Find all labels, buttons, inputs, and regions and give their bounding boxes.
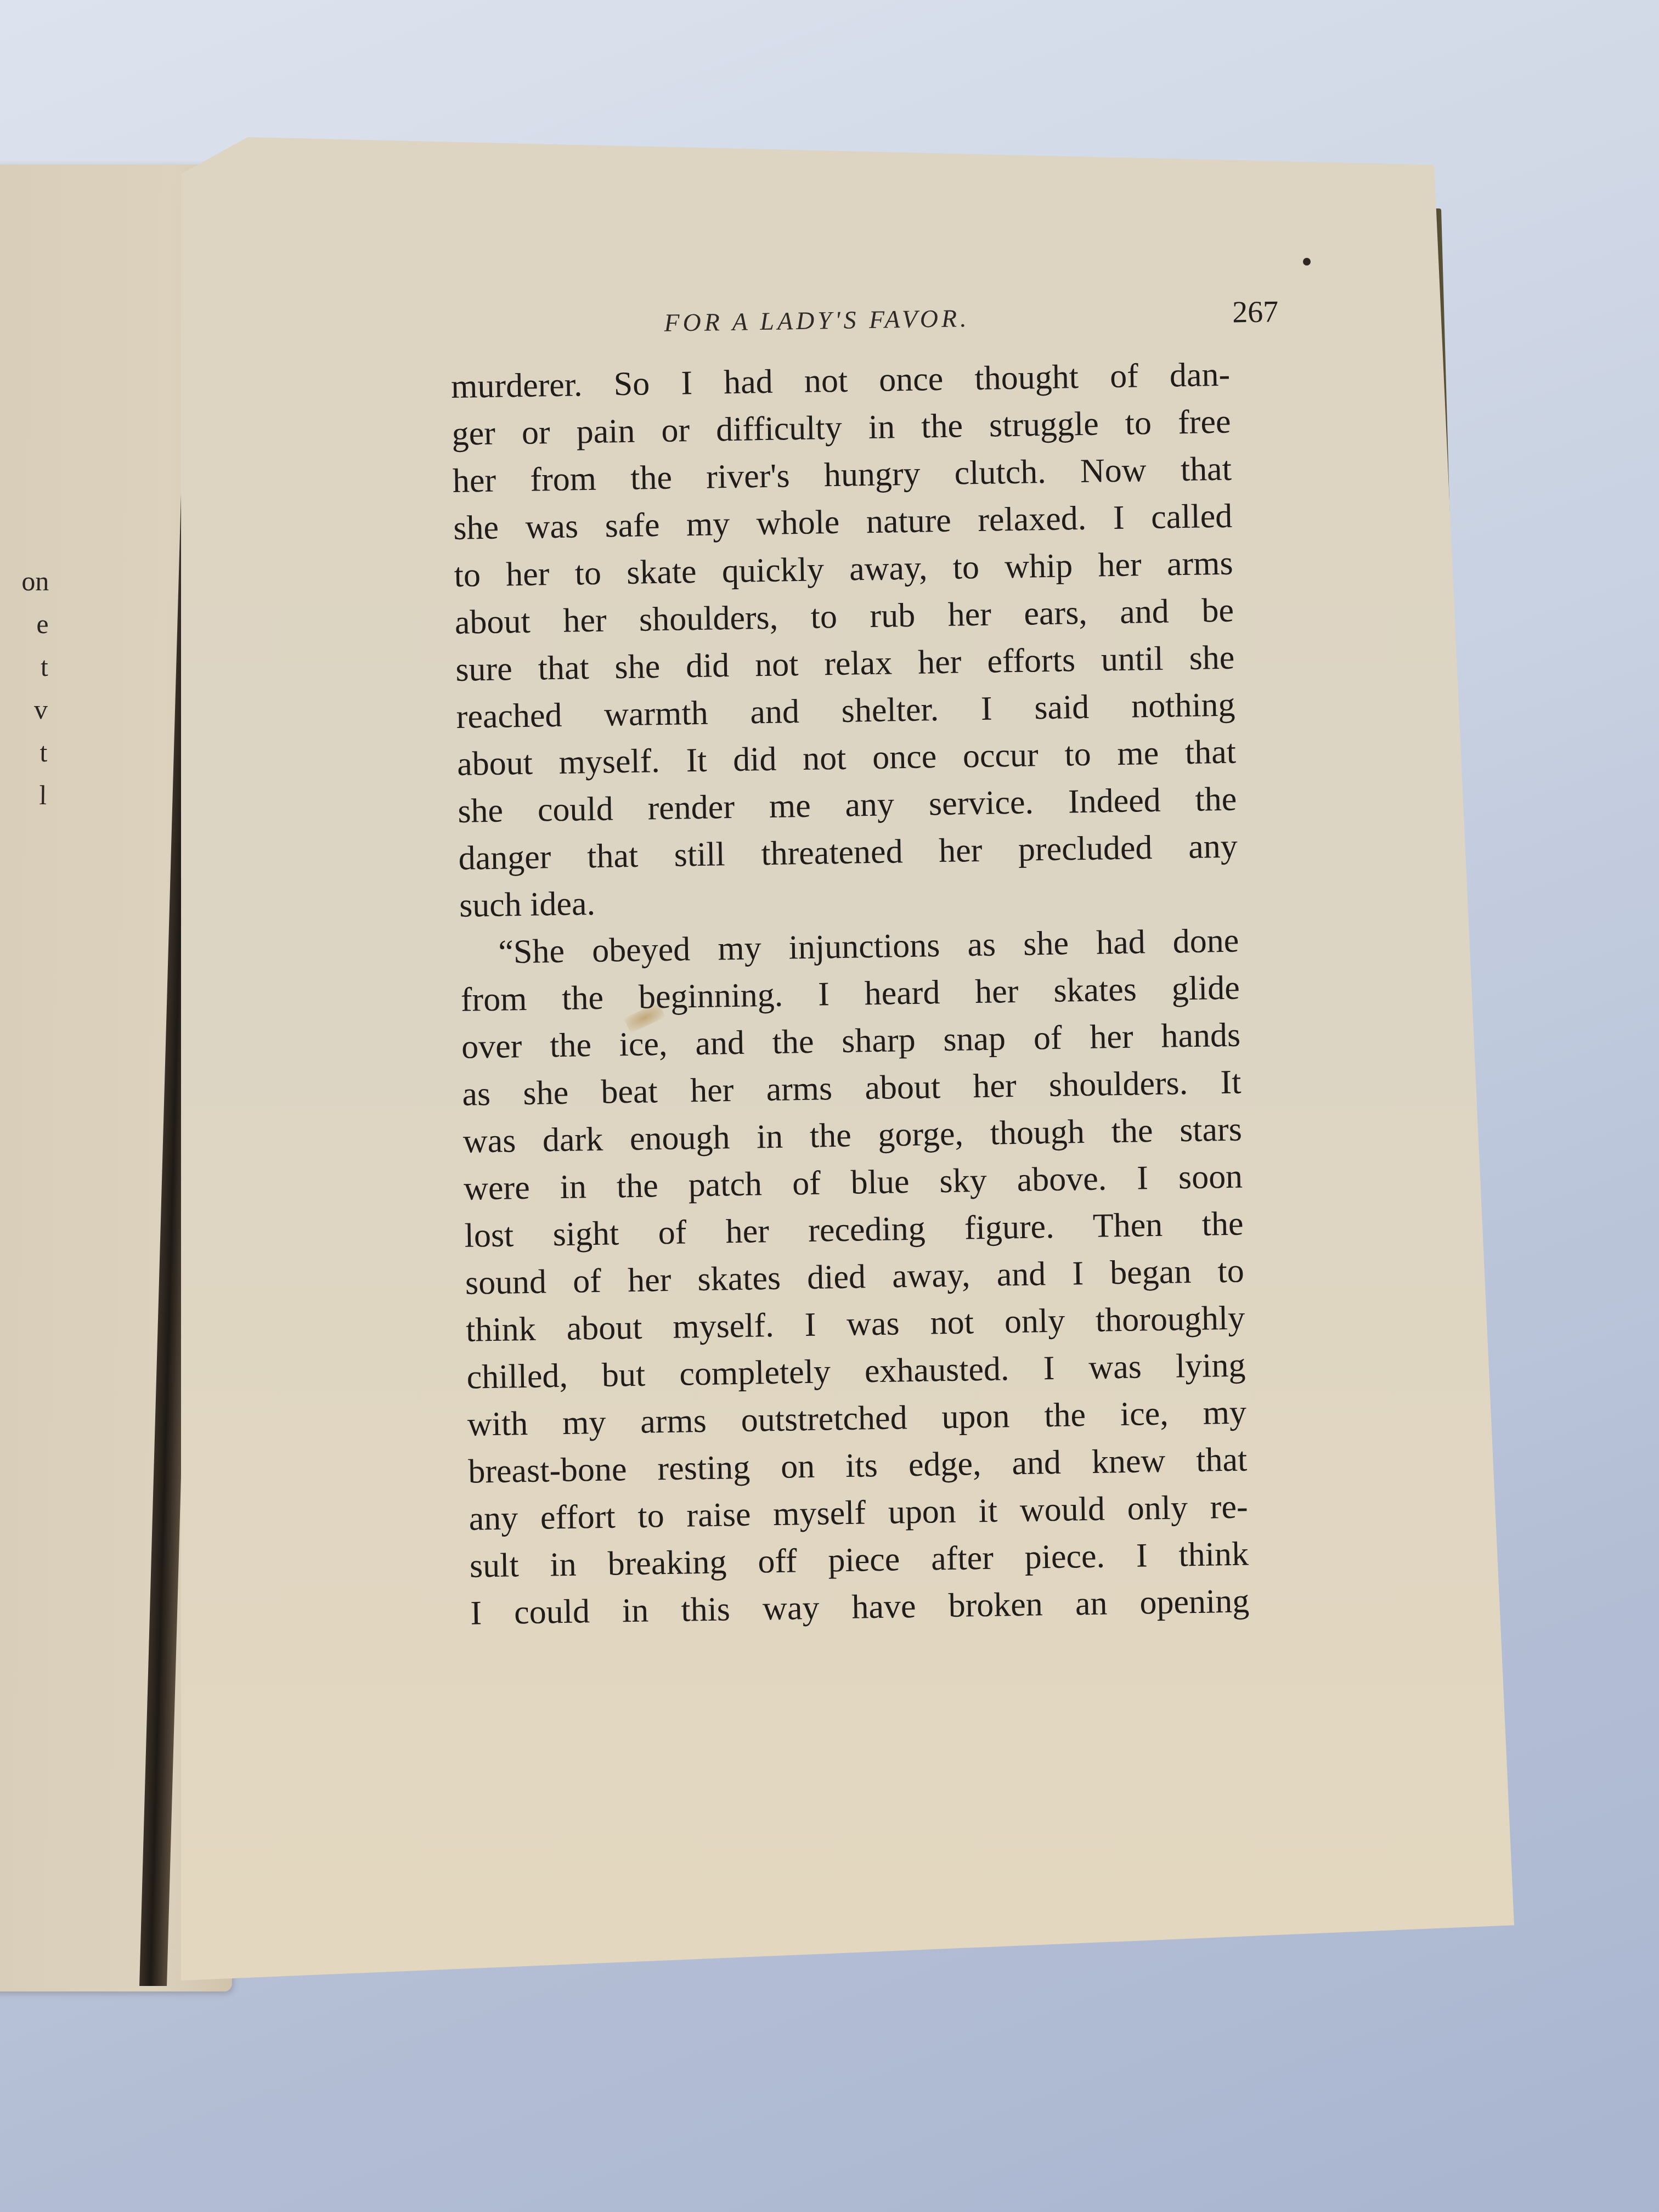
- page-text-block: FOR A LADY'S FAVOR. 267 murderer. So I h…: [450, 294, 1348, 1637]
- left-fragment: on: [5, 560, 49, 602]
- running-title: FOR A LADY'S FAVOR.: [664, 303, 970, 337]
- left-page-text-fragments: on e t v t l: [3, 560, 49, 816]
- left-fragment: v: [4, 688, 48, 731]
- page-number: 267: [1232, 294, 1279, 330]
- left-fragment: t: [3, 731, 48, 774]
- left-fragment: t: [4, 645, 48, 688]
- paper-speck: [1303, 258, 1311, 266]
- left-fragment: e: [4, 602, 49, 645]
- left-fragment: l: [3, 774, 47, 816]
